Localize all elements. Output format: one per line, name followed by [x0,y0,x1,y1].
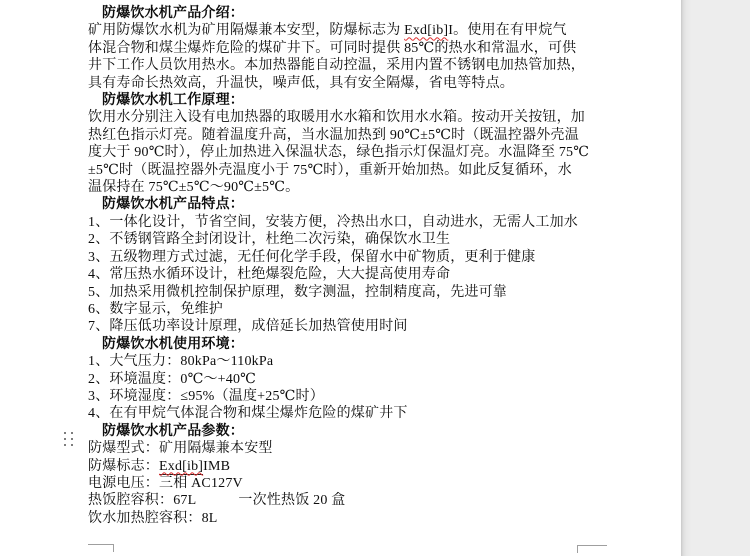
section-heading: 防爆饮水机产品特点： [88,196,674,213]
doc-text: 6、数字显示，免维护 [88,302,223,317]
doc-line: 3、环境湿度：≤95%（温度+25℃时） [88,388,674,405]
doc-line: 7、降压低功率设计原理，成倍延长加热管使用时间 [88,318,674,335]
doc-text: 3、环境湿度：≤95%（温度+25℃时） [88,389,324,404]
page-right-gutter [681,0,750,556]
doc-text: 2、环境温度：0℃～+40℃ [88,372,256,387]
doc-line: 2、不锈钢管路全封闭设计，杜绝二次污染，确保饮水卫生 [88,231,674,248]
doc-text: I。使用在有甲烷气 [448,23,566,38]
doc-text: IMB [203,459,230,474]
doc-text: 体混合物和煤尘爆炸危险的煤矿井下。可同时提供 85℃的热水和常温水，可供 [88,41,576,56]
doc-text: 饮用水分别注入设有电加热器的取暖用水水箱和饮用水水箱。按动开关按钮，加 [88,110,585,125]
doc-text: 4、在有甲烷气体混合物和煤尘爆炸危险的煤矿井下 [88,406,408,421]
doc-text: 具有寿命长热效高，升温快，噪声低，具有安全隔爆，省电等特点。 [88,76,514,91]
underlined-text: Exd[ib] [159,459,203,475]
section-heading: 防爆饮水机工作原理： [88,92,674,109]
drag-handle-icon[interactable] [64,432,76,449]
doc-text: 5、加热采用微机控制保护原理，数字测温，控制精度高，先进可靠 [88,285,507,300]
doc-text: 温保持在 75℃±5℃～90℃±5℃。 [88,180,299,195]
doc-line: 5、加热采用微机控制保护原理，数字测温，控制精度高，先进可靠 [88,284,674,301]
doc-line: 防爆型式：矿用隔爆兼本安型 [88,440,674,457]
doc-line: 度大于 90℃时），停止加热进入保温状态，绿色指示灯保温灯亮。水温降至 75℃ [88,144,674,161]
doc-line: 体混合物和煤尘爆炸危险的煤矿井下。可同时提供 85℃的热水和常温水，可供 [88,40,674,57]
doc-line: 矿用防爆饮水机为矿用隔爆兼本安型，防爆标志为 Exd[ib]I。使用在有甲烷气 [88,22,674,39]
doc-text: 2、不锈钢管路全封闭设计，杜绝二次污染，确保饮水卫生 [88,232,450,247]
text-boundary-mark-left [88,544,114,552]
doc-text: 热红色指示灯亮。随着温度升高，当水温加热到 90℃±5℃时（既温控器外壳温 [88,128,579,143]
doc-text: 热饭腔容积：67L 一次性热饭 20 盒 [88,493,345,508]
doc-line: 热饭腔容积：67L 一次性热饭 20 盒 [88,492,674,509]
doc-text: 1、大气压力：80kPa～110kPa [88,354,273,369]
doc-text: ±5℃时（既温控器外壳温度小于 75℃时），重新开始加热。如此反复循环，水 [88,163,572,178]
doc-line: 4、常压热水循环设计，杜绝爆裂危险，大大提高使用寿命 [88,266,674,283]
doc-line: 2、环境温度：0℃～+40℃ [88,371,674,388]
misspelled-text: Exd[ib] [159,459,203,474]
doc-text: 电源电压：三相 AC127V [88,476,243,491]
misspelled-text: Exd[ib] [404,23,448,38]
doc-line: 饮水加热腔容积：8L [88,510,674,527]
doc-line: 1、一体化设计，节省空间，安装方便，冷热出水口，自动进水，无需人工加水 [88,214,674,231]
doc-line: 1、大气压力：80kPa～110kPa [88,353,674,370]
doc-text: 矿用防爆饮水机为矿用隔爆兼本安型，防爆标志为 [88,23,404,38]
doc-text: 7、降压低功率设计原理，成倍延长加热管使用时间 [88,319,408,334]
doc-text: 1、一体化设计，节省空间，安装方便，冷热出水口，自动进水，无需人工加水 [88,215,578,230]
doc-text: 饮水加热腔容积：8L [88,511,218,526]
doc-line: 热红色指示灯亮。随着温度升高，当水温加热到 90℃±5℃时（既温控器外壳温 [88,127,674,144]
doc-text: 3、五级物理方式过滤，无任何化学手段，保留水中矿物质，更利于健康 [88,250,535,265]
doc-text: 井下工作人员饮用热水。本加热器能自动控温，采用内置不锈钢电加热管加热， [88,58,585,73]
text-boundary-mark-right [577,545,607,553]
doc-line: 饮用水分别注入设有电加热器的取暖用水水箱和饮用水水箱。按动开关按钮，加 [88,109,674,126]
doc-line: ±5℃时（既温控器外壳温度小于 75℃时），重新开始加热。如此反复循环，水 [88,162,674,179]
doc-line: 电源电压：三相 AC127V [88,475,674,492]
section-heading: 防爆饮水机产品参数： [88,423,674,440]
doc-line: 具有寿命长热效高，升温快，噪声低，具有安全隔爆，省电等特点。 [88,75,674,92]
doc-line: 6、数字显示，免维护 [88,301,674,318]
document-body: 防爆饮水机产品介绍：矿用防爆饮水机为矿用隔爆兼本安型，防爆标志为 Exd[ib]… [88,5,674,527]
doc-text: 度大于 90℃时），停止加热进入保温状态，绿色指示灯保温灯亮。水温降至 75℃ [88,145,589,160]
doc-text: 防爆标志： [88,459,159,474]
doc-text: 防爆型式：矿用隔爆兼本安型 [88,441,273,456]
doc-line: 4、在有甲烷气体混合物和煤尘爆炸危险的煤矿井下 [88,405,674,422]
section-heading: 防爆饮水机使用环境： [88,336,674,353]
doc-text: 4、常压热水循环设计，杜绝爆裂危险，大大提高使用寿命 [88,267,450,282]
section-heading: 防爆饮水机产品介绍： [88,5,674,22]
doc-line: 3、五级物理方式过滤，无任何化学手段，保留水中矿物质，更利于健康 [88,249,674,266]
doc-line: 防爆标志：Exd[ib]IMB [88,458,674,475]
doc-line: 温保持在 75℃±5℃～90℃±5℃。 [88,179,674,196]
doc-line: 井下工作人员饮用热水。本加热器能自动控温，采用内置不锈钢电加热管加热， [88,57,674,74]
